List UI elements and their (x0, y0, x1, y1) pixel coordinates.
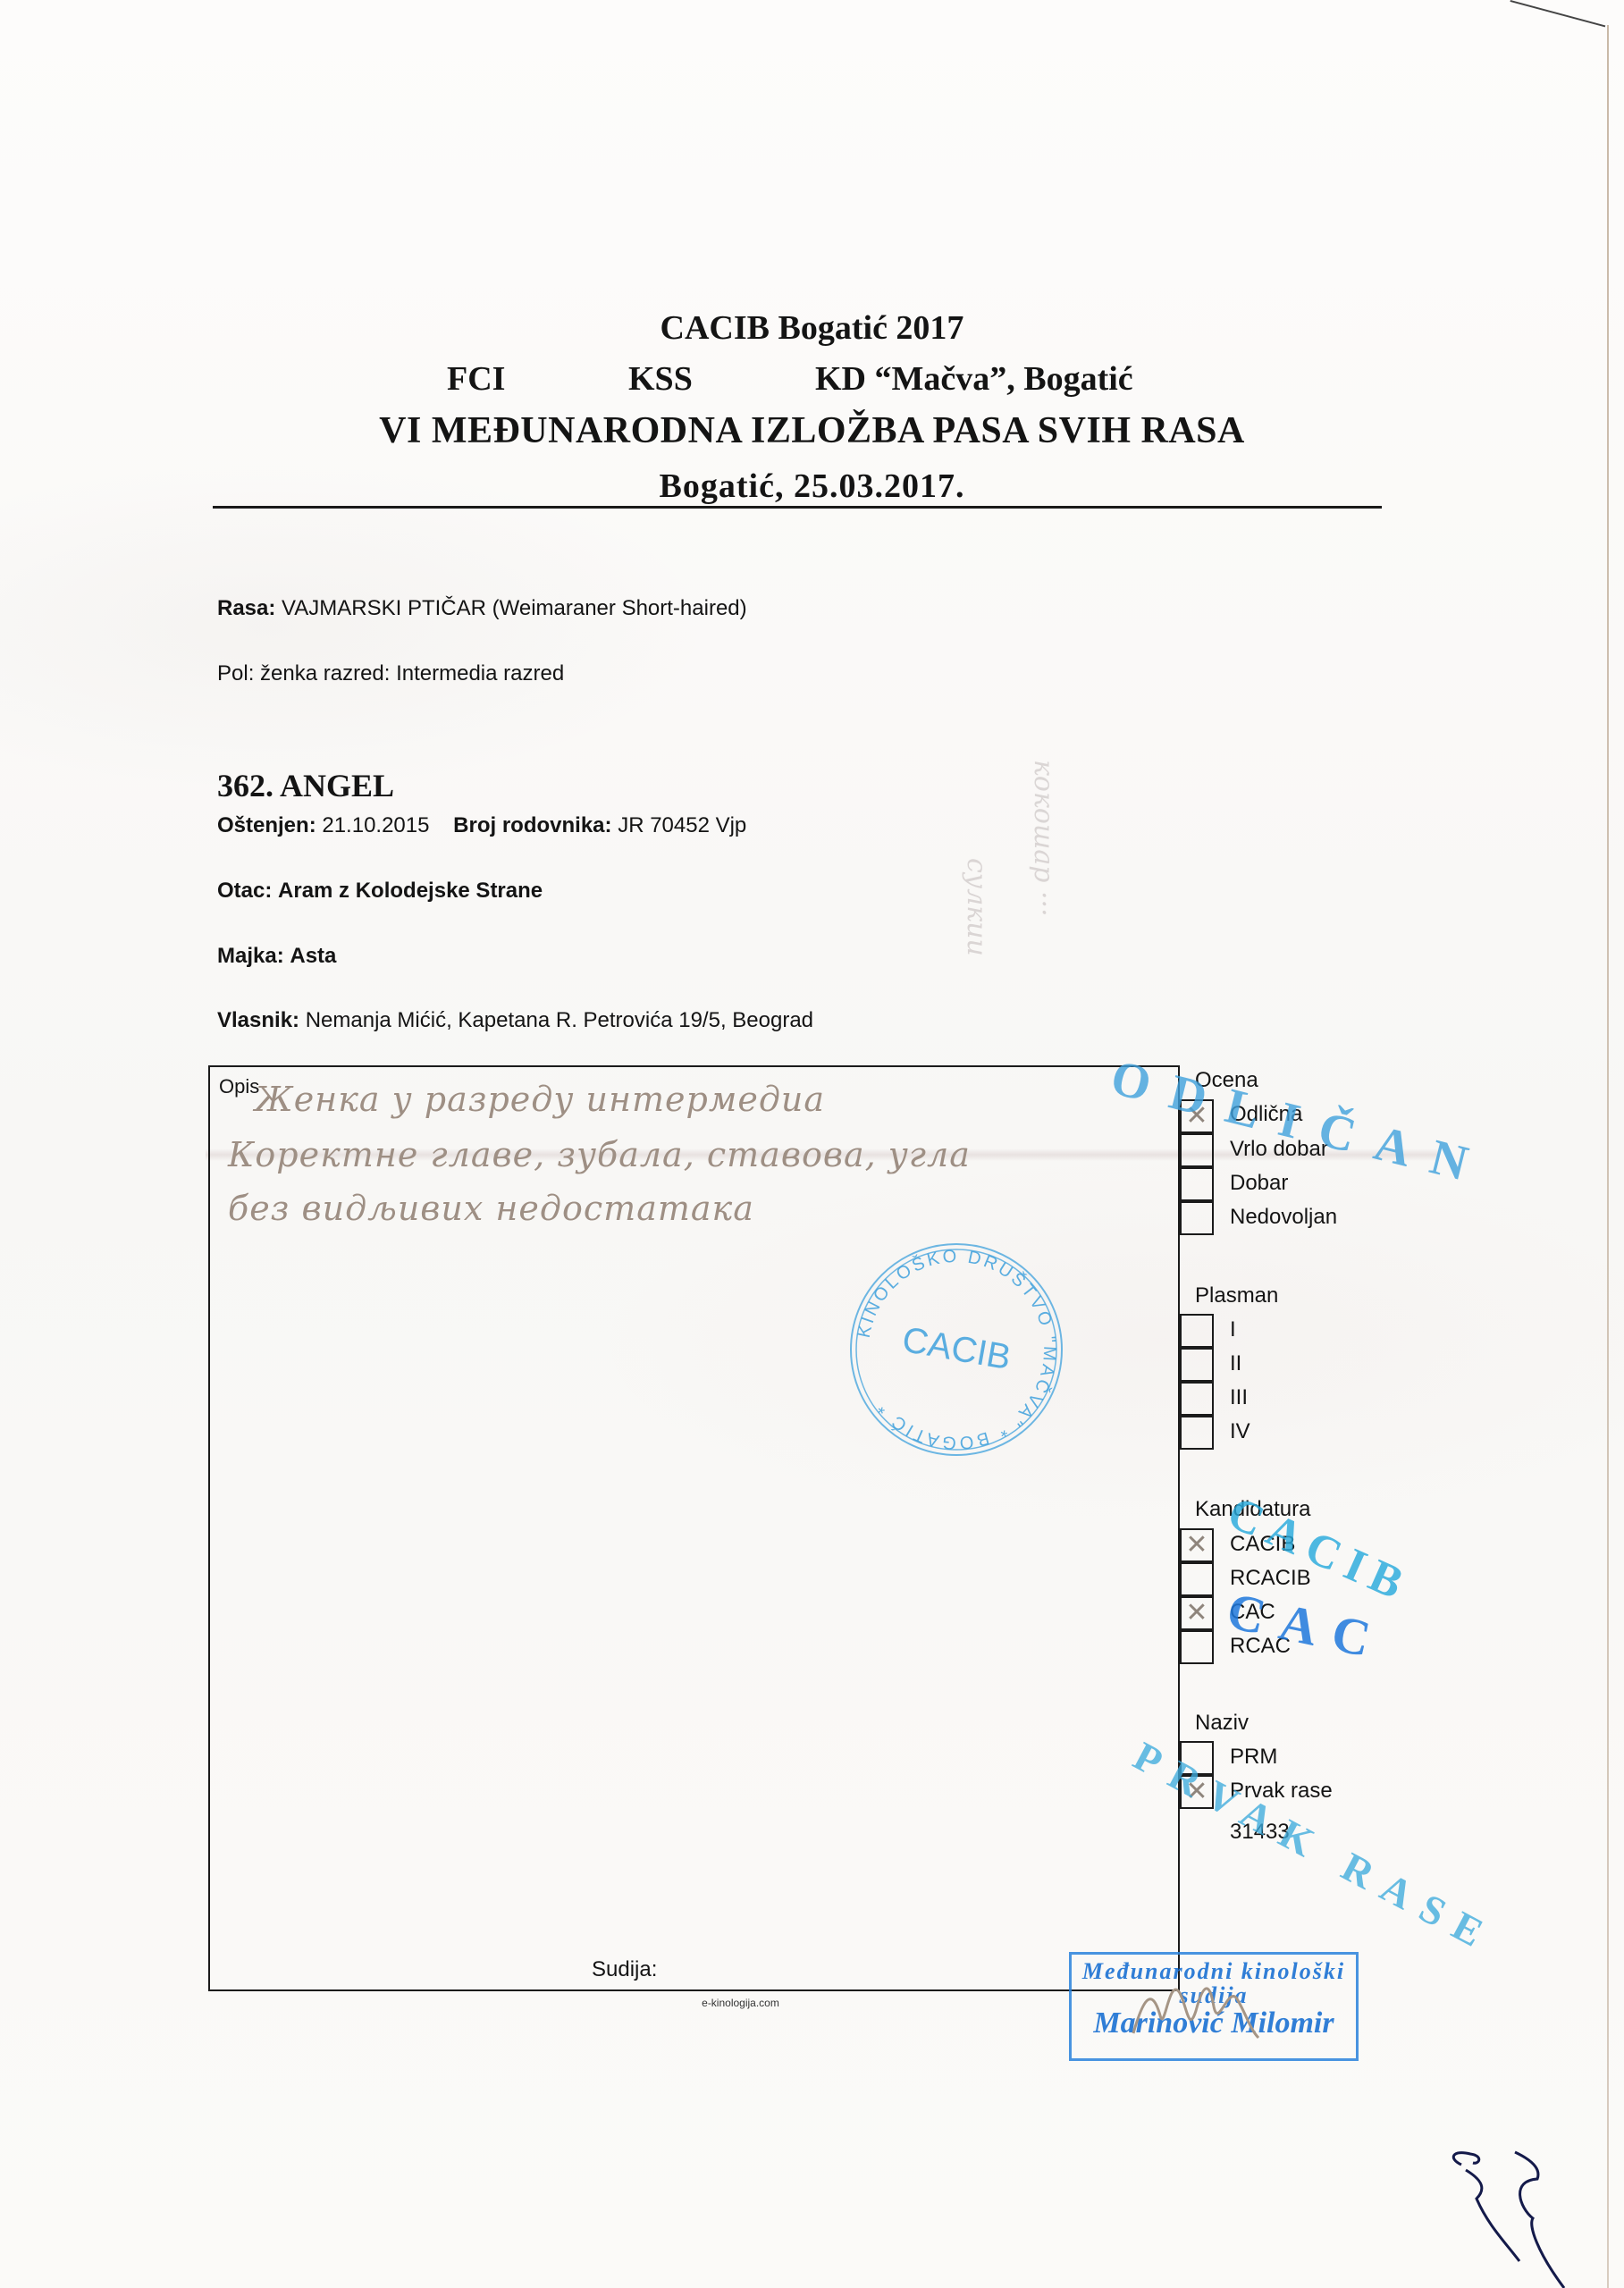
sex-class-field: Pol: ženka razred: Intermedia razred (217, 661, 564, 686)
sire-label: Otac: (217, 879, 272, 903)
judge-label: Sudija: (592, 1957, 657, 1982)
judge-signature (1124, 1966, 1267, 2047)
header-divider (213, 506, 1382, 509)
naziv-title: Naziv (1195, 1711, 1249, 1736)
checkbox-nedovoljan[interactable] (1180, 1201, 1214, 1235)
show-through-writing: кокошар ··· (1028, 760, 1059, 917)
org-kd-macva: KD “Mačva”, Bogatić (815, 359, 1133, 399)
show-title: CACIB Bogatić 2017 (0, 308, 1624, 348)
pedigree-value: JR 70452 Vjp (618, 813, 746, 837)
dam-label: Majka: (217, 944, 284, 968)
option-label: I (1230, 1317, 1236, 1342)
option-label: III (1230, 1385, 1248, 1410)
dam-field: Majka: Asta (217, 944, 336, 969)
checkbox-place-4[interactable] (1180, 1416, 1214, 1450)
paper-edge-right (1607, 25, 1609, 2288)
handwritten-line: Женка у разреду интермедиа (255, 1080, 825, 1119)
breed-field: Rasa: VAJMARSKI PTIČAR (Weimaraner Short… (217, 596, 747, 621)
checkbox-cacib[interactable]: ✕ (1180, 1528, 1214, 1562)
opis-label: Opis (219, 1075, 259, 1098)
birth-pedigree-field: Oštenjen: 21.10.2015 Broj rodovnika: JR … (217, 813, 746, 838)
pedigree-label: Broj rodovnika: (453, 813, 611, 837)
option-label: IV (1230, 1419, 1250, 1444)
dam-value: Asta (290, 944, 336, 968)
plasman-title: Plasman (1195, 1283, 1278, 1308)
dog-name: 362. ANGEL (217, 767, 394, 804)
org-fci: FCI (447, 359, 505, 399)
breed-label: Rasa: (217, 596, 275, 620)
born-value: 21.10.2015 (322, 813, 429, 837)
sire-field: Otac: Aram z Kolodejske Strane (217, 879, 543, 904)
round-club-stamp: KINOLOŠKO DRUŠTVO "MAČVA" * BOGATIĆ * CA… (831, 1242, 1081, 1457)
stamp-odlican: ODLIČAN (1090, 1046, 1466, 1189)
breed-value: VAJMARSKI PTIČAR (Weimaraner Short-haire… (282, 596, 747, 620)
owner-field: Vlasnik: Nemanja Mićić, Kapetana R. Petr… (217, 1008, 813, 1033)
event-date: Bogatić, 25.03.2017. (0, 467, 1624, 506)
checkbox-rcac[interactable] (1180, 1630, 1214, 1664)
option-label: II (1230, 1351, 1241, 1376)
stamp-prvak-rase: PRVAK RASE (1131, 1747, 1506, 1926)
sire-value: Aram z Kolodejske Strane (278, 879, 543, 903)
org-kss: KSS (628, 359, 693, 399)
handwritten-line: без видљивих недостатака (228, 1189, 754, 1228)
checkbox-place-2[interactable] (1180, 1348, 1214, 1382)
owner-label: Vlasnik: (217, 1008, 299, 1032)
stamp-cac: CAC (1224, 1586, 1403, 1676)
svg-text:CACIB: CACIB (899, 1320, 1014, 1378)
check-x-icon: ✕ (1185, 1532, 1207, 1559)
checkbox-cac[interactable]: ✕ (1180, 1596, 1214, 1630)
option-label: Nedovoljan (1230, 1205, 1337, 1230)
handwritten-line: Коректне главе, зубала, ставова, угла (228, 1135, 971, 1174)
checkbox-place-1[interactable] (1180, 1314, 1214, 1348)
check-x-icon: ✕ (1185, 1600, 1207, 1627)
event-name: VI MEĐUNARODNA IZLOŽBA PASA SVIH RASA (0, 409, 1624, 452)
svg-text:ODLIČAN: ODLIČAN (1106, 1048, 1494, 1197)
checkbox-place-3[interactable] (1180, 1382, 1214, 1416)
svg-text:CAC: CAC (1222, 1581, 1391, 1671)
ink-signature (1421, 2109, 1582, 2288)
show-through-writing: сулкии (961, 858, 992, 956)
stamp-cacib: CACIB (1224, 1488, 1439, 1595)
checkbox-rcacib[interactable] (1180, 1562, 1214, 1596)
owner-value: Nemanja Mićić, Kapetana R. Petrovića 19/… (306, 1008, 813, 1032)
born-label: Oštenjen: (217, 813, 316, 837)
